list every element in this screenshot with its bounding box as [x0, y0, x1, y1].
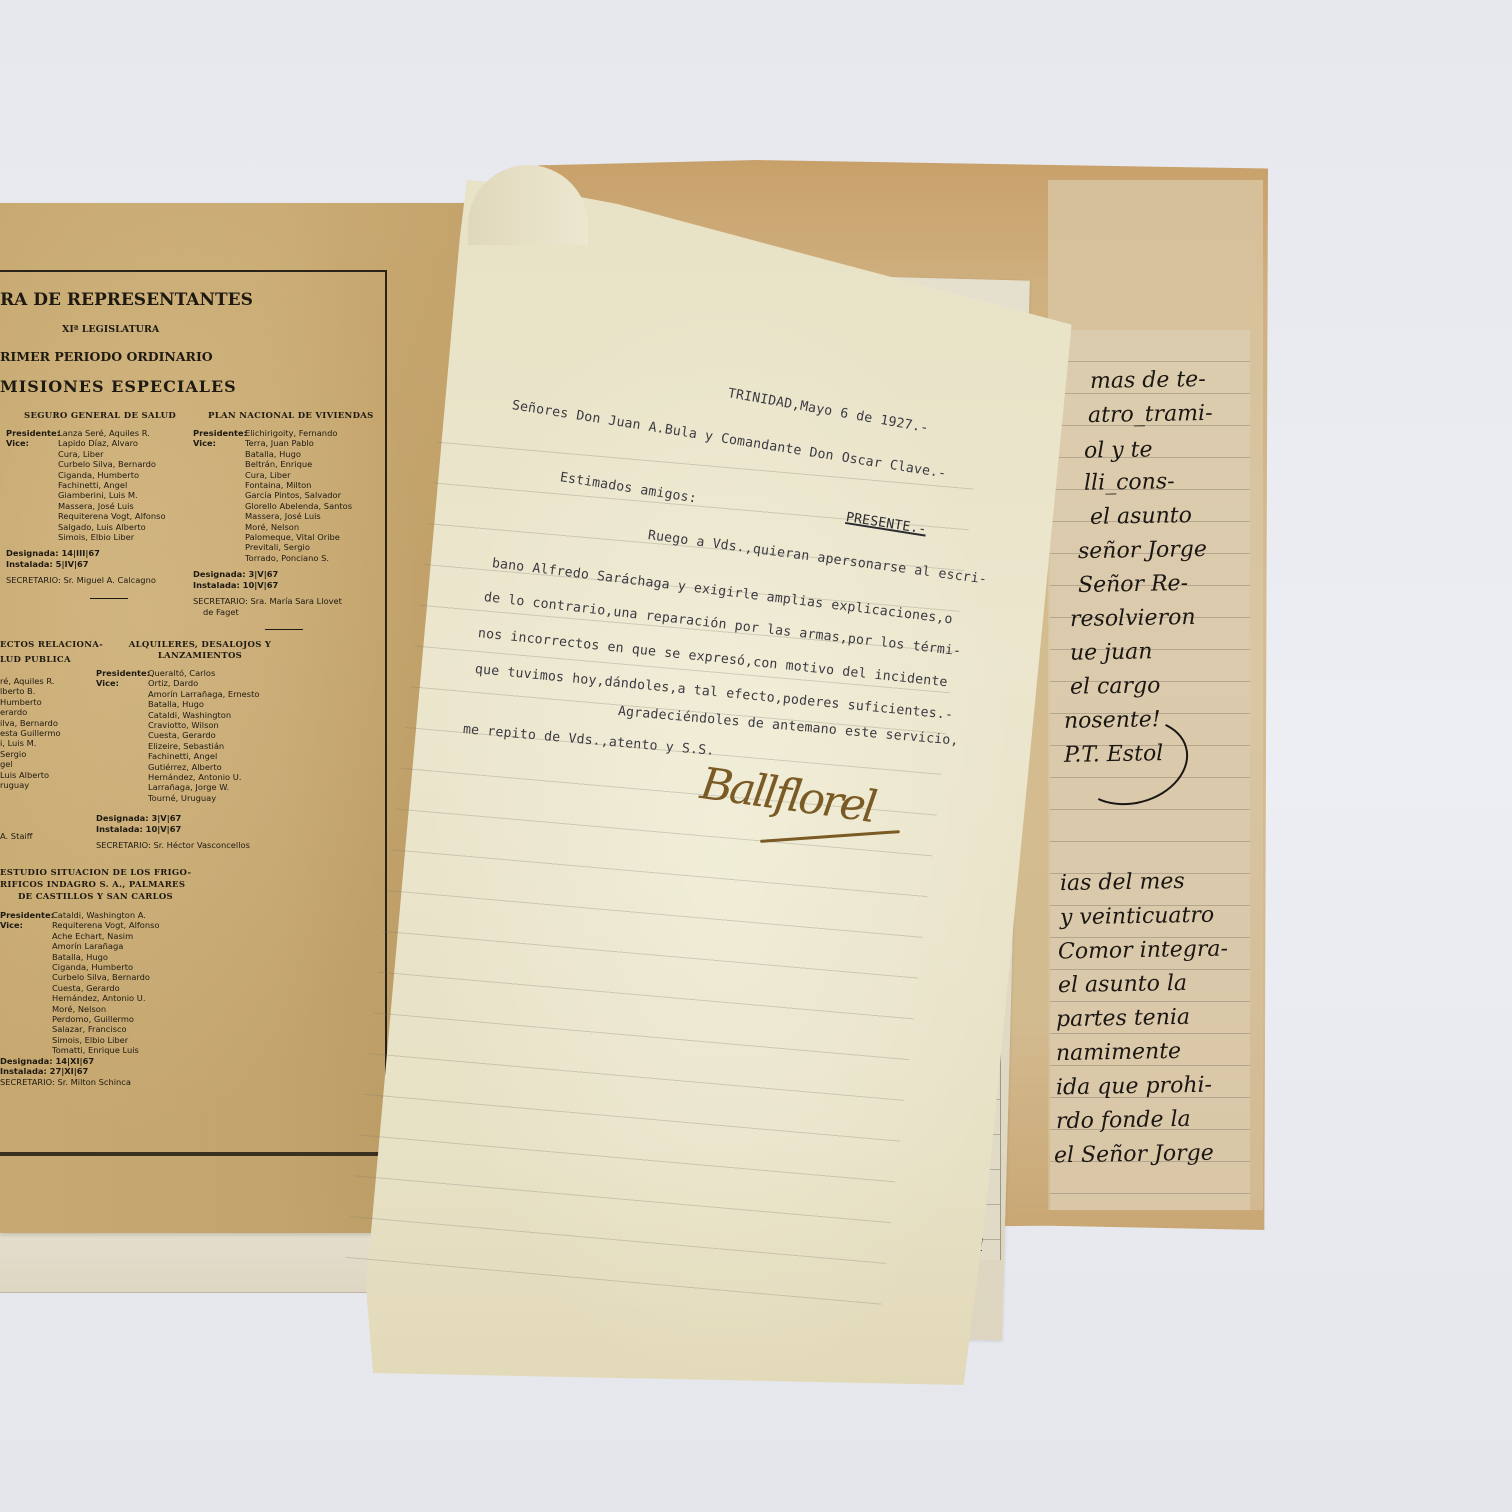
committee-frigorificos: Presidente:Cataldi, Washington A. Vice: …	[0, 910, 160, 1087]
member-list: Terra, Juan Pablo Batalla, Hugo Beltrán,…	[245, 438, 352, 563]
member: Cuesta, Gerardo	[52, 983, 160, 993]
handwritten-line: el asunto	[1090, 503, 1192, 530]
handwritten-line: ol y te	[1084, 437, 1153, 463]
instalada-date: Instalada: 10|V|67	[96, 824, 259, 834]
member: Cataldi, Washington	[148, 710, 259, 720]
member: Simois, Elbio Liber	[52, 1035, 160, 1045]
member: García Pintos, Salvador	[245, 490, 352, 500]
committee-heading: RIFICOS INDAGRO S. A., PALMARES	[0, 880, 185, 890]
vice-label: Vice:	[96, 678, 148, 688]
committee-plan-viviendas: Presidente:Elichirigoity, Fernando Vice:…	[193, 428, 352, 630]
vice-label: Vice:	[193, 438, 245, 448]
member: Perdomo, Guillermo	[52, 1014, 160, 1024]
handwritten-line: señor Jorge	[1078, 537, 1207, 564]
secretario-cont: de Faget	[193, 607, 352, 617]
member: esta Guillermo	[0, 728, 61, 738]
secretario: SECRETARIO: Sra. María Sara Llovet	[193, 596, 352, 606]
instalada-date: Instalada: 5|IV|67	[6, 559, 166, 569]
member: Hernández, Antonio U.	[52, 993, 160, 1003]
booklet-periodo: RIMER PERIODO ORDINARIO	[0, 349, 213, 364]
handwritten-line: el Señor Jorge	[1054, 1141, 1214, 1169]
member: Terra, Juan Pablo	[245, 438, 352, 448]
member: Batalla, Hugo	[52, 952, 160, 962]
member: ré, Aquiles R.	[0, 676, 61, 686]
member: Cura, Liber	[58, 449, 166, 459]
member: Palomeque, Vital Oribe	[245, 532, 352, 542]
designada-date: Designada: 14|XI|67	[0, 1056, 160, 1066]
secretario: SECRETARIO: Sr. Milton Schinca	[0, 1077, 160, 1087]
committee-alquileres: Presidente:Queraltó, Carlos Vice: Ortiz,…	[96, 668, 259, 851]
member: Amorín Larañaga	[52, 941, 160, 951]
president-label: Presidente:	[96, 668, 148, 678]
vice-label: Vice:	[6, 438, 58, 448]
booklet-legislatura: XIª LEGISLATURA	[62, 324, 159, 335]
handwritten-line: partes tenia	[1056, 1005, 1190, 1032]
member: Larrañaga, Jorge W.	[148, 782, 259, 792]
president-name: Elichirigoity, Fernando	[245, 428, 337, 438]
committee-heading: ECTOS RELACIONA-	[0, 640, 103, 650]
member: Simois, Elbio Liber	[58, 532, 166, 542]
member: Amorín Larrañaga, Ernesto	[148, 689, 259, 699]
member: ruguay	[0, 780, 61, 790]
secretario: SECRETARIO: Sr. Héctor Vasconcellos	[96, 840, 259, 850]
booklet-fold-line	[0, 1152, 380, 1156]
committee-heading: SEGURO GENERAL DE SALUD	[24, 411, 176, 421]
member: Salgado, Luis Alberto	[58, 522, 166, 532]
committee-heading: LANZAMIENTOS	[120, 651, 280, 661]
handwritten-line: el cargo	[1070, 673, 1161, 700]
vice-label: Vice:	[0, 920, 52, 930]
member: Giamberini, Luis M.	[58, 490, 166, 500]
handwritten-line: mas de te-	[1090, 367, 1206, 394]
member: Lapido Díaz, Alvaro	[58, 438, 166, 448]
member: Ache Echart, Nasim	[52, 931, 160, 941]
handwritten-line: namimente	[1056, 1039, 1182, 1066]
handwritten-line: lli_cons-	[1084, 469, 1175, 496]
member: Craviotto, Wilson	[148, 720, 259, 730]
member: i, Luis M.	[0, 738, 61, 748]
instalada-date: Instalada: 10|V|67	[193, 580, 352, 590]
member: Moré, Nelson	[245, 522, 352, 532]
member: Torrado, Ponciano S.	[245, 553, 352, 563]
member: gel	[0, 759, 61, 769]
member: Cuesta, Gerardo	[148, 730, 259, 740]
member: Ciganda, Humberto	[58, 470, 166, 480]
designada-date: Designada: 3|V|67	[193, 569, 352, 579]
member: Ciganda, Humberto	[52, 962, 160, 972]
instalada-date: Instalada: 27|XI|67	[0, 1066, 160, 1076]
member: Ortiz, Dardo	[148, 678, 259, 688]
member: Elizeire, Sebastián	[148, 741, 259, 751]
member: Salazar, Francisco	[52, 1024, 160, 1034]
committee-heading: ESTUDIO SITUACION DE LOS FRIGO-	[0, 868, 191, 878]
booklet-subtitle: MISIONES ESPECIALES	[0, 377, 237, 396]
member: Fontaina, Milton	[245, 480, 352, 490]
president-name: Queraltó, Carlos	[148, 668, 215, 678]
booklet-title: RA DE REPRESENTANTES	[0, 290, 253, 310]
member-list: ré, Aquiles R. lberto B. Humberto erardo…	[0, 676, 61, 790]
member: Batalla, Hugo	[245, 449, 352, 459]
handwritten-line: y veinticuatro	[1060, 903, 1215, 931]
handwritten-line: atro_trami-	[1088, 401, 1213, 428]
secretario: SECRETARIO: Sr. Miguel A. Calcagno	[6, 575, 166, 585]
member: Curbelo Silva, Bernardo	[58, 459, 166, 469]
president-label: Presidente:	[0, 910, 52, 920]
member: Massera, José Luis	[245, 511, 352, 521]
separator	[265, 629, 303, 630]
member: Fachinetti, Angel	[58, 480, 166, 490]
member: Batalla, Hugo	[148, 699, 259, 709]
designada-date: Designada: 3|V|67	[96, 813, 259, 823]
handwritten-line: resolvieron	[1070, 605, 1196, 632]
committee-heading: PLAN NACIONAL DE VIVIENDAS	[208, 411, 374, 421]
member: Moré, Nelson	[52, 1004, 160, 1014]
committee-heading: LUD PUBLICA	[0, 655, 71, 665]
handwritten-line: ida que prohi-	[1056, 1073, 1212, 1101]
handwritten-line: ue juan	[1070, 639, 1153, 665]
member: Tomatti, Enrique Luis	[52, 1045, 160, 1055]
member: Hernández, Antonio U.	[148, 772, 259, 782]
member: Beltrán, Enrique	[245, 459, 352, 469]
handwritten-line: Comor integra-	[1058, 937, 1228, 965]
member: Previtali, Sergio	[245, 542, 352, 552]
member: Curbelo Silva, Bernardo	[52, 972, 160, 982]
committee-heading: ALQUILERES, DESALOJOS Y	[120, 640, 280, 650]
member: Humberto	[0, 697, 61, 707]
committee-heading: DE CASTILLOS Y SAN CARLOS	[18, 892, 173, 902]
president-name: Lanza Seré, Aquiles R.	[58, 428, 150, 438]
member: Cura, Liber	[245, 470, 352, 480]
president-label: Presidente:	[193, 428, 245, 438]
member: Sergio	[0, 749, 61, 759]
member-list: Requiterena Vogt, Alfonso Ache Echart, N…	[52, 920, 160, 1055]
designada-date: Designada: 14|III|67	[6, 548, 166, 558]
member: lberto B.	[0, 686, 61, 696]
handwritten-line: ias del mes	[1060, 869, 1185, 896]
member: erardo	[0, 707, 61, 717]
secretario: A. Staiff	[0, 831, 32, 841]
member-list: Lapido Díaz, Alvaro Cura, Liber Curbelo …	[58, 438, 166, 542]
member: Glorello Abelenda, Santos	[245, 501, 352, 511]
handwritten-line: Señor Re-	[1078, 571, 1188, 598]
handwritten-line: rdo fonde la	[1056, 1107, 1191, 1134]
handwritten-line: el asunto la	[1058, 971, 1187, 998]
member: Fachinetti, Angel	[148, 751, 259, 761]
president-label: Presidente:	[6, 428, 58, 438]
member: Requiterena Vogt, Alfonso	[52, 920, 160, 930]
member-list: Ortiz, Dardo Amorín Larrañaga, Ernesto B…	[148, 678, 259, 803]
member: Luis Alberto	[0, 770, 61, 780]
separator	[90, 598, 128, 599]
president-name: Cataldi, Washington A.	[52, 910, 146, 920]
member: Gutiérrez, Alberto	[148, 762, 259, 772]
member: Requiterena Vogt, Alfonso	[58, 511, 166, 521]
member: ilva, Bernardo	[0, 718, 61, 728]
committee-seguro-salud: Presidente:Lanza Seré, Aquiles R. Vice: …	[6, 428, 166, 599]
member: Massera, José Luis	[58, 501, 166, 511]
member: Tourné, Uruguay	[148, 793, 259, 803]
